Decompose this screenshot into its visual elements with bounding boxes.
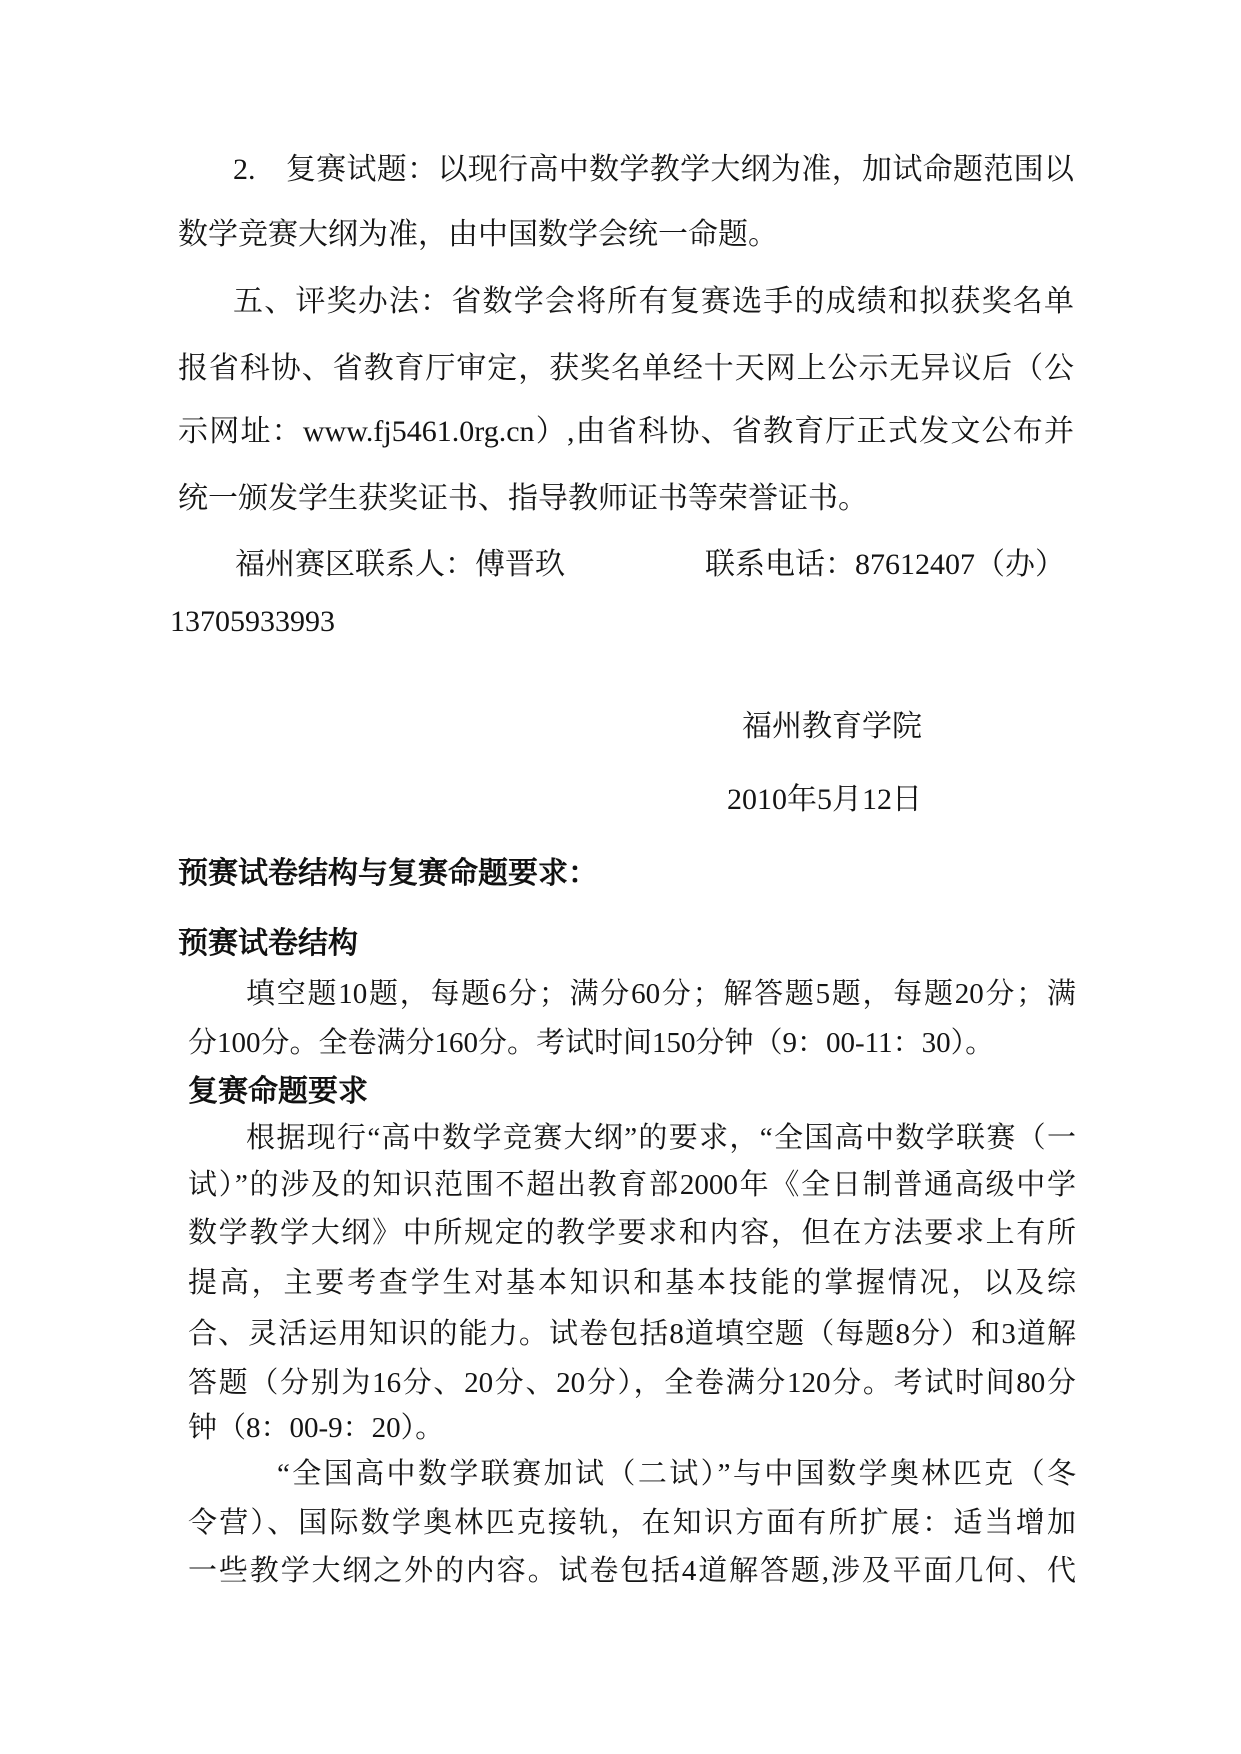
item2-line-1: 2. 复赛试题：以现行高中数学教学大纲为准，加试命题范围以	[178, 152, 1074, 188]
item2-line-2: 数学竞赛大纲为准，由中国数学会统一命题。	[178, 217, 1074, 253]
preliminary-line-1: 填空题10题，每题6分；满分60分；解答题5题，每题20分；满	[188, 977, 1076, 1012]
second-round-line-4: 提高，主要考查学生对基本知识和基本技能的掌握情况，以及综	[188, 1266, 1076, 1301]
signature-date: 2010年5月12日	[727, 782, 922, 818]
second-round-line-3: 数学教学大纲》中所规定的教学要求和内容，但在方法要求上有所	[188, 1216, 1076, 1251]
item5-line-2: 报省科协、省教育厅审定，获奖名单经十天网上公示无异议后（公	[178, 351, 1074, 387]
contact-phone: 联系电话：87612407（办）	[705, 547, 1065, 583]
second-round-line-7: 钟（8：00-9：20）。	[188, 1411, 1076, 1446]
heading-second-round: 复赛命题要求	[188, 1074, 368, 1110]
second-round-line-2: 试）”的涉及的知识范围不超出教育部2000年《全日制普通高级中学	[188, 1168, 1076, 1203]
second-test-line-3: 一些教学大纲之外的内容。试卷包括4道解答题,涉及平面几何、代	[188, 1554, 1076, 1589]
second-test-line-2: 令营）、国际数学奥林匹克接轨，在知识方面有所扩展：适当增加	[188, 1506, 1076, 1541]
signature-org: 福州教育学院	[742, 709, 922, 745]
item5-line-3: 示网址：www.fj5461.0rg.cn）,由省科协、省教育厅正式发文公布并	[178, 414, 1074, 450]
document-page: 2. 复赛试题：以现行高中数学教学大纲为准，加试命题范围以 数学竞赛大纲为准，由…	[0, 0, 1241, 1754]
contact-mobile: 13705933993	[170, 604, 1066, 640]
heading-preliminary: 预赛试卷结构	[178, 926, 358, 962]
second-round-line-6: 答题（分别为16分、20分、20分），全卷满分120分。考试时间80分	[188, 1366, 1076, 1401]
contact-person: 福州赛区联系人：傅晋玖	[235, 547, 565, 583]
heading-main: 预赛试卷结构与复赛命题要求：	[178, 856, 598, 892]
item5-line-1: 五、评奖办法：省数学会将所有复赛选手的成绩和拟获奖名单	[178, 284, 1074, 320]
second-test-line-1: “全国高中数学联赛加试（二试）”与中国数学奥林匹克（冬	[188, 1457, 1076, 1492]
preliminary-line-2: 分100分。全卷满分160分。考试时间150分钟（9：00-11：30）。	[188, 1026, 1076, 1061]
item5-line-4: 统一颁发学生获奖证书、指导教师证书等荣誉证书。	[178, 481, 1074, 517]
second-round-line-1: 根据现行“高中数学竞赛大纲”的要求，“全国高中数学联赛（一	[188, 1121, 1076, 1156]
second-round-line-5: 合、灵活运用知识的能力。试卷包括8道填空题（每题8分）和3道解	[188, 1317, 1076, 1352]
